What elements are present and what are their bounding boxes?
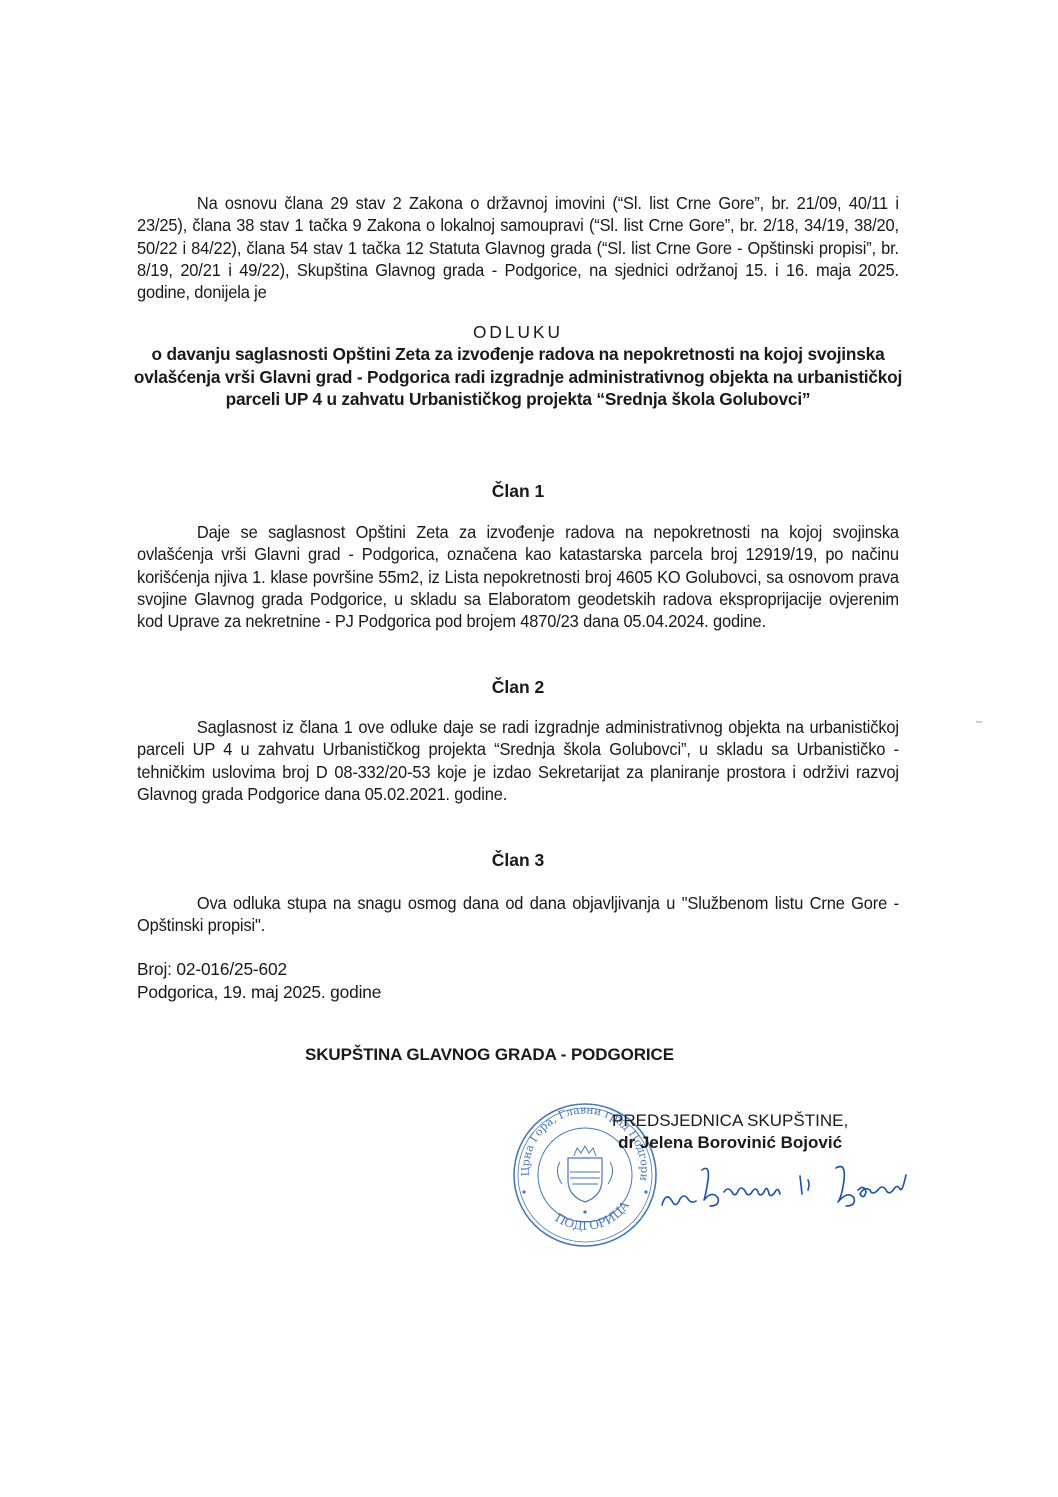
signatory-role: PREDSJEDNICA SKUPŠTINE,: [612, 1110, 848, 1132]
scan-artifact: [976, 721, 982, 723]
preamble-paragraph: Na osnovu člana 29 stav 2 Zakona o držav…: [137, 192, 899, 303]
article-2-heading: Član 2: [137, 676, 899, 698]
assembly-name: SKUPŠTINA GLAVNOG GRADA - PODGORICE: [305, 1045, 674, 1065]
document-number: Broj: 02-016/25-602: [137, 958, 287, 980]
article-3-text: Ova odluka stupa na snagu osmog dana od …: [137, 892, 899, 937]
handwritten-signature-icon: [640, 1150, 940, 1220]
article-2-text: Saglasnost iz člana 1 ove odluke daje se…: [137, 716, 899, 805]
article-1-text: Daje se saglasnost Opštini Zeta za izvođ…: [137, 521, 899, 632]
place-and-date: Podgorica, 19. maj 2025. godine: [137, 981, 381, 1003]
svg-text:ПОДГОРИЦА: ПОДГОРИЦА: [553, 1198, 632, 1233]
decision-title: ODLUKU: [137, 321, 899, 343]
document-page: Na osnovu člana 29 stav 2 Zakona o držav…: [0, 0, 1058, 1497]
signatory-block: PREDSJEDNICA SKUPŠTINE, dr Jelena Borovi…: [612, 1110, 848, 1154]
article-1-heading: Član 1: [137, 480, 899, 502]
article-3-heading: Član 3: [137, 849, 899, 871]
decision-subtitle: o davanju saglasnosti Opštini Zeta za iz…: [132, 343, 904, 411]
